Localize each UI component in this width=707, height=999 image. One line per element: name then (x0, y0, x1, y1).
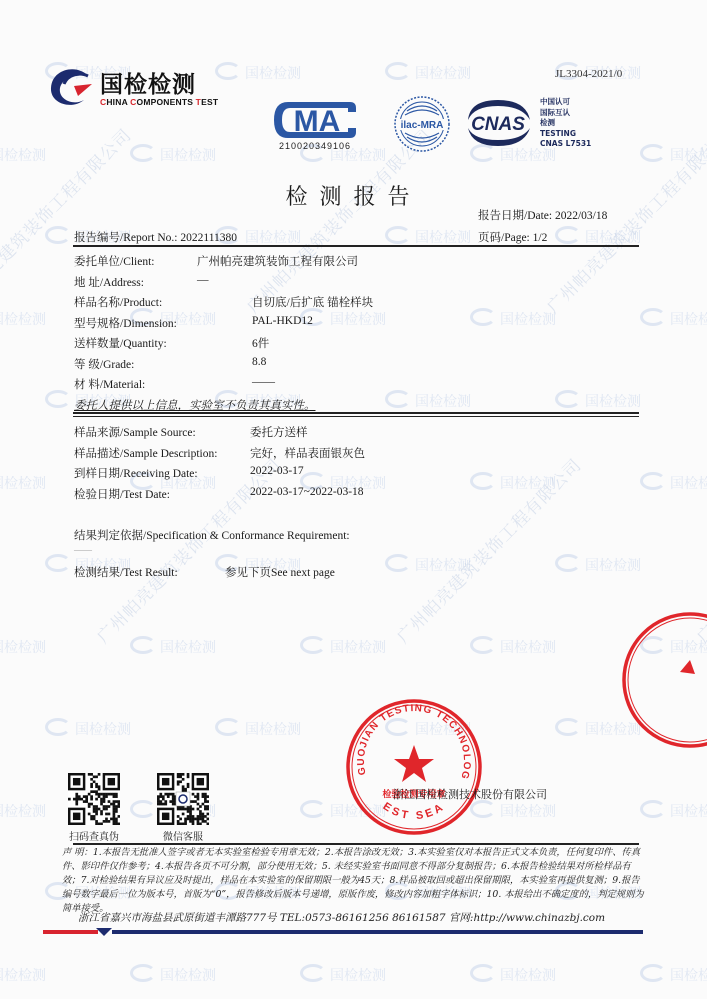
company-name: 浙江国检检测技术股份有限公司 (393, 786, 547, 802)
field-label: 地 址/Address: (74, 274, 144, 290)
website-link[interactable]: 官网:http://www.chinazbj.com (449, 912, 605, 924)
footer-bar-red (43, 930, 98, 934)
field-value: 6件 (252, 335, 269, 351)
field-value: 2022-03-17~2022-03-18 (250, 486, 364, 498)
report-date: 报告日期/Date: 2022/03/18 (478, 207, 607, 223)
watermark-logo: 国检检测 (555, 390, 641, 411)
cnas-logo-icon: CNAS (460, 98, 536, 148)
field-value: — (197, 274, 209, 286)
svg-text:CNAS: CNAS (471, 114, 525, 135)
disclaimer-text: 声 明：1.本报告无批准人签字或者无本实验室检验专用章无效；2.本报告涂改无效；… (62, 846, 644, 916)
watermark-logo: 国检检测 (640, 472, 707, 493)
field-value: 广州帕亮建筑装饰工程有限公司 (197, 253, 358, 269)
watermark-text: 广州帕亮建筑装饰工程有限公司 (390, 452, 586, 648)
partial-seal (620, 610, 707, 750)
ilac-logo-icon: ilac-MRA (393, 95, 451, 153)
field-label: 样品来源/Sample Source: (74, 424, 196, 440)
qr-verify-caption: 扫码查真伪 (64, 828, 124, 843)
field-value: 委托方送样 (250, 424, 308, 440)
watermark-logo: 国检检测 (0, 0, 46, 1)
watermark-logo: 国检检测 (130, 144, 216, 165)
field-value: PAL-HKD12 (252, 315, 313, 327)
watermark-logo: 国检检测 (640, 308, 707, 329)
footer-address: 浙江省嘉兴市海盐县武原街道丰潭路777号 TEL:0573-86161256 8… (78, 910, 605, 925)
field-value: —— (252, 376, 275, 388)
watermark-logo: 国检检测 (385, 62, 471, 83)
watermark-logo: 国检检测 (130, 964, 216, 985)
field-label: 样品名称/Product: (74, 294, 162, 310)
cma-mark: MA 210020349106 (270, 98, 360, 153)
logo-en-text: CHINA COMPONENTS TEST (100, 97, 218, 107)
watermark-logo: 国检检测 (45, 718, 131, 739)
watermark-logo: 国检检测 (555, 554, 641, 575)
field-value: 完好，样品表面银灰色 (250, 445, 365, 461)
watermark-logo: 国检检测 (470, 636, 556, 657)
result-value: 参见下页See next page (225, 564, 335, 580)
report-number: 报告编号/Report No.: 2022111380 (74, 229, 237, 245)
watermark-logo: 国检检测 (130, 0, 216, 1)
spec-value: —— (74, 545, 92, 555)
watermark-logo: 国检检测 (300, 964, 386, 985)
official-seal: ZHEJIANG GUOJIAN TESTING TECHNOLOGY CO.,… (344, 697, 484, 837)
watermark-logo: 国检检测 (640, 144, 707, 165)
result-label: 检测结果/Test Result: (74, 564, 178, 580)
field-label: 材 料/Material: (74, 376, 145, 392)
company-logo: 国检检测 CHINA COMPONENTS TEST (48, 66, 238, 114)
cma-number: 210020349106 (270, 141, 360, 151)
divider (73, 843, 639, 845)
field-label: 型号规格/Dimension: (74, 315, 177, 331)
document-code: JL3304-2021/0 (555, 68, 622, 80)
watermark-logo: 国检检测 (640, 0, 707, 1)
watermark-logo: 国检检测 (470, 964, 556, 985)
footer-bar-notch (96, 928, 112, 936)
field-label: 委托单位/Client: (74, 253, 155, 269)
watermark-logo: 国检检测 (640, 800, 707, 821)
qr-code-icon (68, 773, 120, 825)
watermark-logo: 国检检测 (130, 636, 216, 657)
watermark-text: 广州帕亮建筑装饰工程有限公司 (90, 452, 286, 648)
qr-verify-code[interactable] (68, 773, 120, 825)
watermark-logo: 国检检测 (470, 0, 556, 1)
watermark-logo: 国检检测 (0, 308, 46, 329)
watermark-logo: 国检检测 (0, 636, 46, 657)
divider-double-top (73, 412, 639, 414)
field-value: 自切底/后扩底 锚栓样块 (252, 294, 373, 310)
field-value: 8.8 (252, 356, 266, 368)
client-disclaimer-note: 委托人提供以上信息，实验室不负责其真实性。 (74, 397, 316, 413)
field-label: 样品描述/Sample Description: (74, 445, 217, 461)
watermark-logo: 国检检测 (470, 308, 556, 329)
watermark-logo: 国检检测 (0, 964, 46, 985)
watermark-logo: 国检检测 (385, 390, 471, 411)
field-label: 检验日期/Test Date: (74, 486, 170, 502)
qr-wechat-code[interactable] (157, 773, 209, 825)
watermark-logo: 国检检测 (300, 636, 386, 657)
spec-label: 结果判定依据/Specification & Conformance Requi… (74, 527, 350, 543)
divider-double-bottom (73, 416, 639, 417)
svg-text:ilac-MRA: ilac-MRA (401, 120, 444, 131)
watermark-logo: 国检检测 (0, 472, 46, 493)
cnas-accreditation-text: 中国认可 国际互认 检测 TESTING CNAS L7531 (540, 97, 591, 150)
cnas-mark: CNAS (460, 98, 536, 148)
watermark-logo: 国检检测 (640, 964, 707, 985)
watermark-logo: 国检检测 (215, 718, 301, 739)
watermark-logo: 国检检测 (0, 800, 46, 821)
qr-code-icon (157, 773, 209, 825)
field-label: 到样日期/Receiving Date: (74, 465, 198, 481)
cma-logo-icon: MA (270, 98, 360, 142)
watermark-logo: 国检检测 (300, 0, 386, 1)
page-number: 页码/Page: 1/2 (478, 229, 547, 245)
svg-text:MA: MA (294, 105, 341, 138)
field-value: 2022-03-17 (250, 465, 304, 477)
seal-stamp-icon: ZHEJIANG GUOJIAN TESTING TECHNOLOGY CO.,… (344, 697, 484, 837)
field-label: 等 级/Grade: (74, 356, 134, 372)
footer-bar-blue (112, 930, 643, 934)
ilac-mra-mark: ilac-MRA (393, 95, 451, 153)
watermark-logo: 国检检测 (470, 472, 556, 493)
logo-swoosh-icon (48, 66, 96, 110)
qr-wechat-caption: 微信客服 (153, 828, 213, 843)
watermark-logo: 国检检测 (555, 226, 641, 247)
logo-cn-text: 国检检测 (100, 66, 196, 99)
watermark-logo: 国检检测 (385, 554, 471, 575)
watermark-logo: 国检检测 (0, 144, 46, 165)
field-label: 送样数量/Quantity: (74, 335, 167, 351)
seal-stamp-icon (620, 610, 707, 750)
divider (73, 245, 639, 247)
watermark-logo: 国检检测 (385, 226, 471, 247)
